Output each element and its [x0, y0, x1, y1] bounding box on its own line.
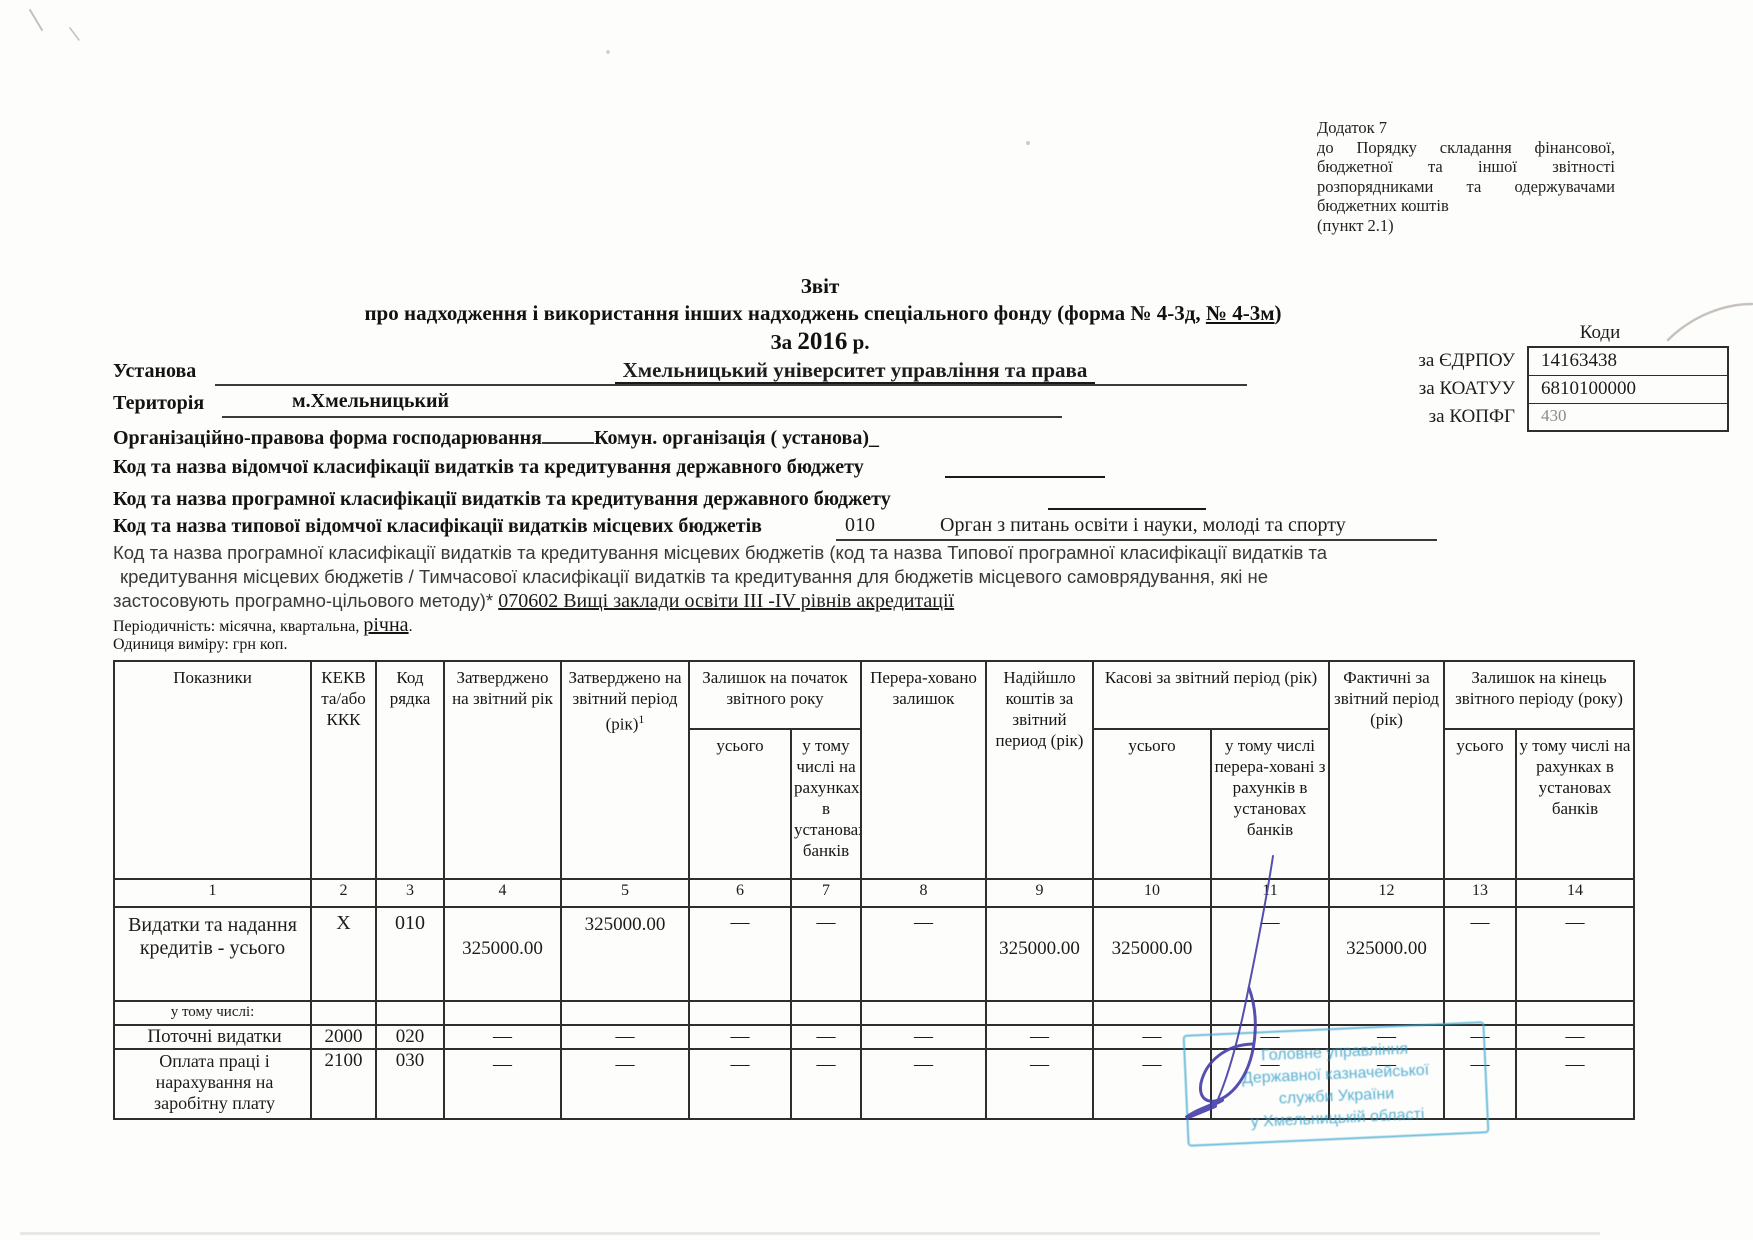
cell-line-code: 020 [376, 1025, 444, 1049]
col-number: 7 [791, 879, 861, 907]
appendix-annotation: Додаток 7 до Порядку складання фінансово… [1317, 118, 1615, 235]
report-year: 2016 [797, 328, 847, 355]
appendix-line: до Порядку складання фінансової, [1317, 138, 1615, 158]
legal-form-label: Організаційно-правова форма господарюван… [113, 427, 542, 449]
periodicity-dot: . [409, 618, 413, 635]
cell-value: — [791, 907, 861, 1001]
subtitle-text: про надходження і використання інших над… [364, 301, 1205, 325]
cell-value: — [986, 1049, 1093, 1119]
cell-kekv: X [311, 907, 376, 1001]
institution-value: Хмельницький університет управління та п… [560, 358, 1150, 383]
cell-value: — [561, 1049, 689, 1119]
cell-empty [986, 1001, 1093, 1025]
col-header-balance-start: Залишок на початок звітного року [689, 661, 861, 729]
subheader-total: усього [689, 729, 791, 879]
col-header-line-code: Код рядка [376, 661, 444, 879]
col-header-approved-period: Затверджено на звітний період (рік)1 [561, 661, 689, 879]
year-suffix: р. [847, 330, 869, 354]
program-classification-local-line2: кредитування місцевих бюджетів / Тимчасо… [120, 566, 1600, 588]
col-number: 13 [1444, 879, 1516, 907]
cell-empty [791, 1001, 861, 1025]
cell-value: — [444, 1049, 561, 1119]
scan-dot-artifact [1026, 141, 1030, 145]
edrpou-label: за ЄДРПОУ [1375, 350, 1515, 372]
cell-value: — [1516, 907, 1634, 1001]
appendix-line: бюджетної та іншої звітності [1317, 157, 1615, 177]
koatuu-label: за КОАТУУ [1375, 378, 1515, 400]
cell-empty [311, 1001, 376, 1025]
unit-of-measure: Одиниця виміру: грн коп. [113, 636, 287, 654]
cell-kekv: 2000 [311, 1025, 376, 1049]
edrpou-value: 14163438 [1529, 348, 1727, 376]
cell-empty [689, 1001, 791, 1025]
cell-value: — [861, 1049, 986, 1119]
cell-value: 325000.00 [561, 907, 689, 1001]
scan-dot-artifact [606, 50, 610, 54]
cell-value: — [1211, 907, 1329, 1001]
koatuu-value: 6810100000 [1529, 376, 1727, 404]
appendix-line: (пункт 2.1) [1317, 216, 1615, 236]
treasury-stamp: Головне управління Державної казначейськ… [1183, 1021, 1490, 1147]
codes-box: 14163438 6810100000 430 [1527, 346, 1729, 432]
cell-value: — [1444, 907, 1516, 1001]
col-number: 6 [689, 879, 791, 907]
col-header-received: Надійшло коштів за звітний период (рік) [986, 661, 1093, 879]
col-number: 5 [561, 879, 689, 907]
report-subtitle: про надходження і використання інших над… [113, 301, 1533, 326]
cell-empty [376, 1001, 444, 1025]
col-header-actual: Фактичні за звітний період (рік) [1329, 661, 1444, 879]
local-method-text: застосовують програмно-цільового методу)… [113, 590, 493, 611]
row-label: Видатки та надання кредитів - усього [114, 907, 311, 1001]
program-classification-state-blank [1048, 490, 1206, 510]
col-number: 2 [311, 879, 376, 907]
territory-label: Територія [113, 392, 204, 415]
report-title: Звіт [200, 274, 1440, 299]
appendix-line: Додаток 7 [1317, 118, 1615, 138]
col-header-kekv: КЕКВ та/або ККК [311, 661, 376, 879]
cell-line-code: 030 [376, 1049, 444, 1119]
cell-empty [561, 1001, 689, 1025]
legal-form-blank [542, 424, 594, 444]
subheader-incl-bank-accounts: у тому числі на рахунках в установах бан… [1516, 729, 1634, 879]
col-header-balance-end: Залишок на кінець звітного періоду (року… [1444, 661, 1634, 729]
report-year-line: За 2016 р. [200, 328, 1440, 356]
periodicity-selected: річна [363, 614, 408, 636]
typical-classification-label: Код та назва типової відомчої класифікац… [113, 515, 762, 538]
typical-classification-code: 010 [845, 514, 875, 537]
cell-value: — [1516, 1025, 1634, 1049]
cell-value: 325000.00 [444, 907, 561, 1001]
cell-kekv: 2100 [311, 1049, 376, 1119]
cell-value: — [791, 1049, 861, 1119]
subheader-total: усього [1444, 729, 1516, 879]
col-header-approved-year: Затверджено на звітний рік [444, 661, 561, 879]
col-number: 11 [1211, 879, 1329, 907]
cell-value: — [1516, 1049, 1634, 1119]
col-header-transferred: Перера-ховано залишок [861, 661, 986, 879]
col-number: 12 [1329, 879, 1444, 907]
table-row-expenditures-total: Видатки та надання кредитів - усього X 0… [114, 907, 1634, 1001]
institution-value-text: Хмельницький університет управління та п… [615, 358, 1096, 384]
col-header-indicators: Показники [114, 661, 311, 879]
typical-classification-value: Орган з питань освіти і науки, молоді та… [940, 514, 1346, 537]
periodicity-label: Періодичність: місячна, квартальна, [113, 618, 363, 635]
cell-value: — [861, 1025, 986, 1049]
cell-empty [1329, 1001, 1444, 1025]
approved-period-text: Затверджено на звітний період (рік) [568, 668, 681, 734]
row-label: Оплата праці і нарахування на заробітну … [114, 1049, 311, 1119]
institution-label: Установа [113, 360, 196, 383]
departmental-classification-blank [945, 458, 1105, 478]
cell-value: — [689, 907, 791, 1001]
appendix-line: бюджетних коштів [1317, 196, 1615, 216]
subheader-incl-bank-accounts: у тому числі на рахунках в установах бан… [791, 729, 861, 879]
col-number: 3 [376, 879, 444, 907]
cell-empty [1093, 1001, 1211, 1025]
legal-form-line: Організаційно-правова форма господарюван… [113, 424, 879, 450]
kopfg-label: за КОПФГ [1375, 406, 1515, 428]
cell-line-code: 010 [376, 907, 444, 1001]
col-number: 8 [861, 879, 986, 907]
row-label: Поточні видатки [114, 1025, 311, 1049]
subtitle-form-number: № 4-3м [1206, 301, 1275, 325]
cell-value: 325000.00 [1329, 907, 1444, 1001]
scan-edge-shadow [20, 1232, 1600, 1235]
cell-value: — [861, 907, 986, 1001]
footnote-marker: 1 [638, 712, 644, 726]
cell-empty [1516, 1001, 1634, 1025]
program-classification-local-line1: Код та назва програмної класифікації вид… [113, 542, 1593, 564]
cell-value: — [689, 1049, 791, 1119]
table-row-including: у тому числі: [114, 1001, 1634, 1025]
subheader-total: усього [1093, 729, 1211, 879]
year-prefix: За [770, 330, 797, 354]
cell-value: — [689, 1025, 791, 1049]
col-number: 14 [1516, 879, 1634, 907]
kopfg-value: 430 [1529, 404, 1727, 432]
col-number: 4 [444, 879, 561, 907]
legal-form-value: Комун. організація ( установа)_ [594, 427, 879, 449]
cell-empty [444, 1001, 561, 1025]
codes-header: Коди [1545, 322, 1655, 344]
cell-value: 325000.00 [986, 907, 1093, 1001]
program-classification-local-value: 070602 Вищі заклади освіти III -IV рівні… [498, 590, 954, 612]
col-number: 1 [114, 879, 311, 907]
subheader-incl-transferred: у тому числі перера-ховані з рахунків в … [1211, 729, 1329, 879]
cell-value: — [791, 1025, 861, 1049]
cell-value: — [561, 1025, 689, 1049]
col-number: 10 [1093, 879, 1211, 907]
cell-value: 325000.00 [1093, 907, 1211, 1001]
scanned-report-page: Додаток 7 до Порядку складання фінансово… [0, 0, 1753, 1240]
periodicity-line: Періодичність: місячна, квартальна, річн… [113, 614, 413, 637]
cell-value: — [986, 1025, 1093, 1049]
appendix-line: розпорядниками та одержувачами [1317, 177, 1615, 197]
cell-empty [861, 1001, 986, 1025]
col-number: 9 [986, 879, 1093, 907]
program-classification-state-label: Код та назва програмної класифікації вид… [113, 488, 891, 511]
col-header-cash: Касові за звітний період (рік) [1093, 661, 1329, 729]
cell-value: — [444, 1025, 561, 1049]
departmental-classification-label: Код та назва відомчої класифікації видат… [113, 456, 864, 479]
row-label: у тому числі: [114, 1001, 311, 1025]
territory-value: м.Хмельницький [292, 390, 449, 413]
cell-empty [1211, 1001, 1329, 1025]
program-classification-local-line3: застосовують програмно-цільового методу)… [113, 590, 1593, 613]
subtitle-text: ) [1275, 301, 1282, 325]
